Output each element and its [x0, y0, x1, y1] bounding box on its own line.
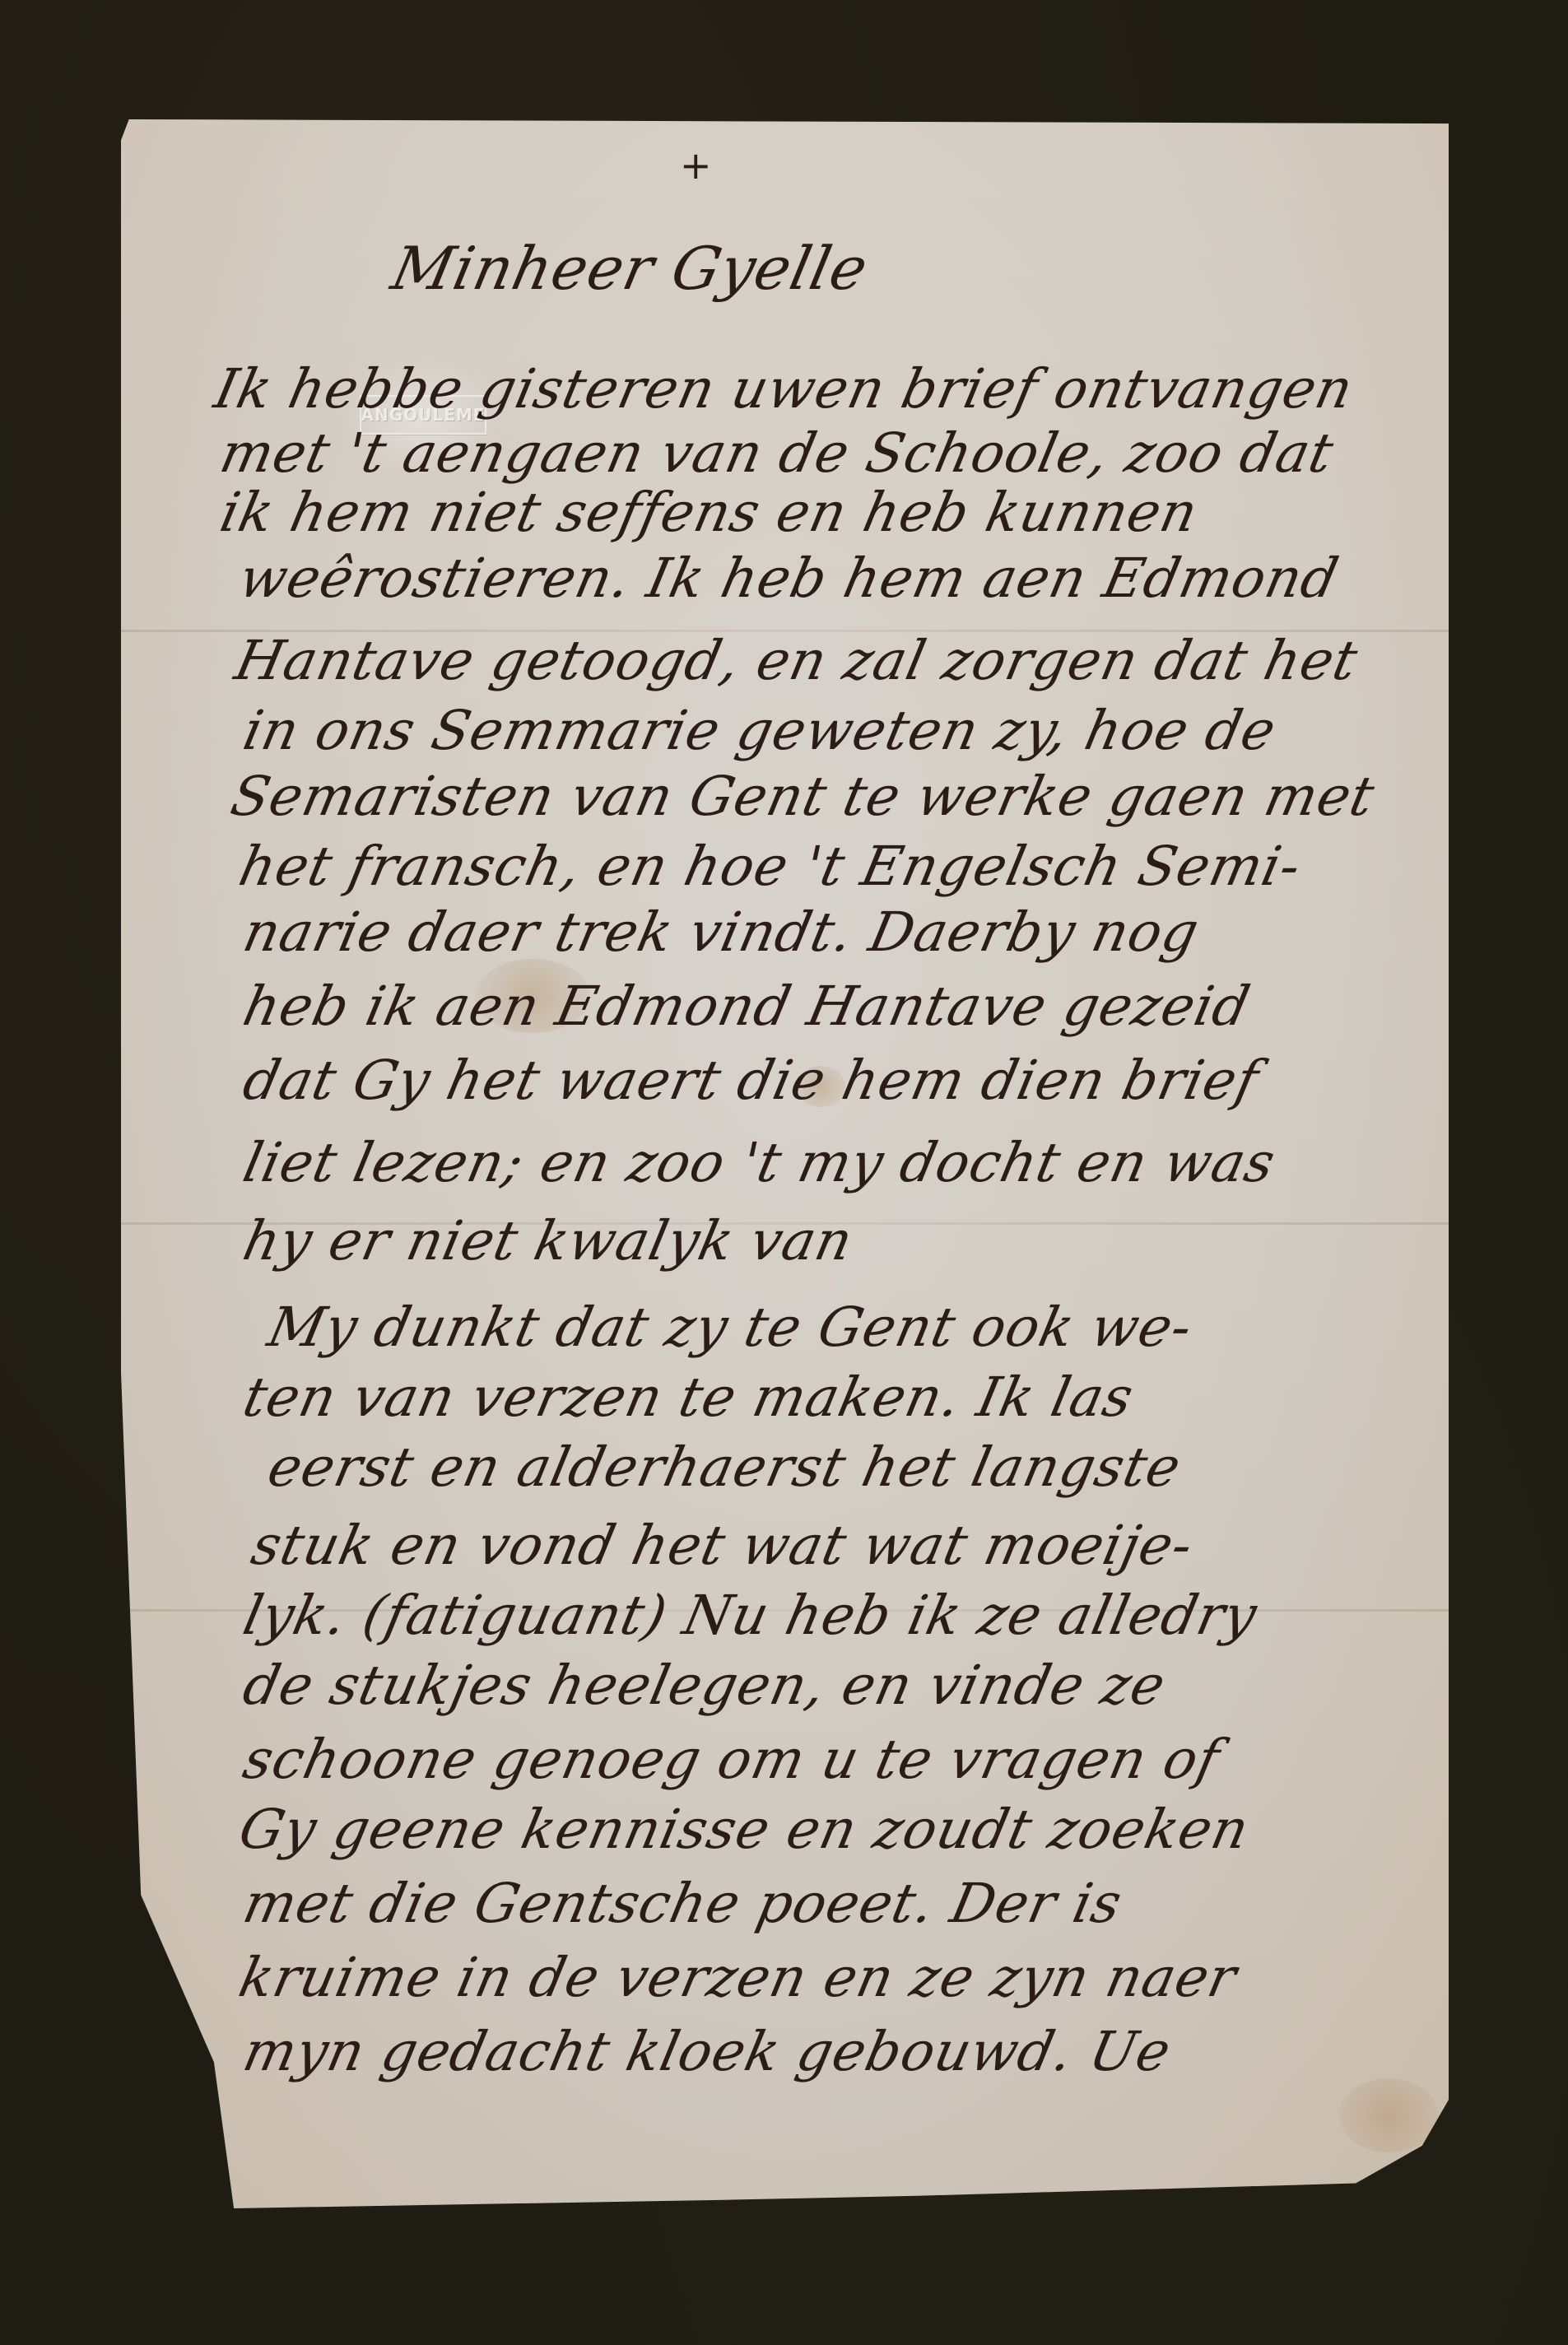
- letter-line: ik hem niet seffens en heb kunnen: [216, 486, 1203, 540]
- letter-line: narie daer trek vindt. Daerby nog: [239, 905, 1203, 960]
- letter-line: Ik hebbe gisteren uwen brief ontvangen: [210, 362, 1358, 416]
- letter-line: dat Gy het waert die hem dien brief: [239, 1054, 1263, 1108]
- letter-line: schoone genoeg om u te vragen of: [239, 1733, 1225, 1787]
- letter-line: My dunkt dat zy te Gent ook we-: [263, 1300, 1197, 1355]
- letter-line: hy er niet kwalyk van: [239, 1214, 858, 1268]
- letter-line: liet lezen; en zoo 't my docht en was: [239, 1136, 1280, 1190]
- salutation: Minheer Gyelle: [387, 239, 873, 298]
- letter-line: eerst en alderhaerst het langste: [263, 1440, 1185, 1495]
- letter-line: het fransch, en hoe 't Engelsch Semi-: [235, 840, 1305, 894]
- letter-line: ten van verzen te maken. Ik las: [239, 1370, 1138, 1425]
- letter-line: weêrostieren. Ik heb hem aen Edmond: [235, 551, 1343, 606]
- letter-line: myn gedacht kloek gebouwd. Ue: [239, 2025, 1175, 2079]
- letter-line: heb ik aen Edmond Hantave gezeid: [239, 979, 1254, 1034]
- letter-line: met die Gentsche poeet. Der is: [239, 1877, 1127, 1931]
- letter-line: stuk en vond het wat wat moeije-: [247, 1519, 1198, 1573]
- cross-mark: +: [680, 147, 712, 184]
- letter-line: Semaristen van Gent te werke gaen met: [226, 770, 1380, 824]
- letter-line: in ons Semmarie geweten zy, hoe de: [239, 704, 1281, 758]
- stain: [1339, 2078, 1438, 2152]
- letter-line: de stukjes heelegen, en vinde ze: [239, 1659, 1170, 1713]
- letter-line: Gy geene kennisse en zoudt zoeken: [235, 1803, 1254, 1857]
- letter-line: Hantave getoogd, en zal zorgen dat het: [230, 634, 1362, 688]
- letter-line: met 't aengaen van de Schoole, zoo dat: [216, 426, 1338, 481]
- letter-line: kruime in de verzen en ze zyn naer: [235, 1951, 1241, 2005]
- letter-line: lyk. (fatiguant) Nu heb ik ze alledry: [239, 1589, 1262, 1643]
